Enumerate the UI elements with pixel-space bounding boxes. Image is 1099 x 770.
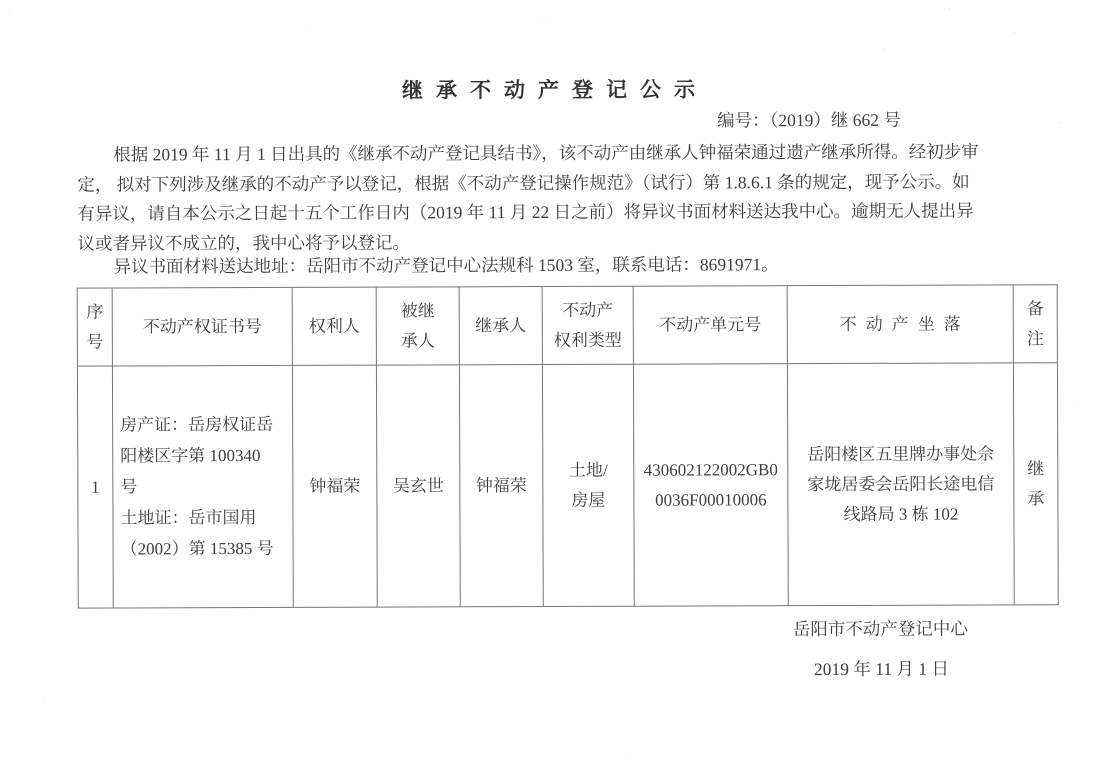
col-header-unit-no: 不动产单元号 [633,286,787,365]
document-sheet: 继承不动产登记公示 编号：（2019）继 662 号 根据 2019 年 11 … [0,0,1099,770]
delivery-address-line: 异议书面材料送达地址：岳阳市不动产登记中心法规科 1503 室，联系电话：869… [78,249,1026,281]
cell-seq: 1 [77,366,113,608]
property-registration-table: 序 号 不动产权证书号 权利人 被继 承人 继承人 不动产 权利类型 不动产单元… [77,284,1059,608]
cell-certificate-no: 房产证：岳房权证岳 阳楼区字第 100340 号 土地证：岳市国用 （2002）… [112,365,293,608]
cell-right-type: 土地/ 房屋 [542,364,634,606]
table-header-row: 序 号 不动产权证书号 权利人 被继 承人 继承人 不动产 权利类型 不动产单元… [77,285,1057,366]
cell-remark: 继 承 [1013,363,1058,605]
cell-right-holder: 钟福荣 [292,365,377,607]
document-title: 继承不动产登记公示 [0,72,1098,106]
document-number: 编号：（2019）继 662 号 [717,107,901,133]
col-header-seq: 序 号 [77,288,112,366]
issue-date: 2019 年 11 月 1 日 [814,656,949,681]
col-header-location: 不动产坐落 [787,285,1013,364]
col-header-decedent: 被继 承人 [376,287,459,365]
col-header-heir: 继承人 [459,287,542,365]
col-header-certificate-no: 不动产权证书号 [112,287,292,366]
notice-body-paragraph: 根据 2019 年 11 月 1 日出具的《继承不动产登记具结书》，该不动产由继… [77,137,1025,258]
cell-decedent: 吴玄世 [376,365,460,607]
col-header-remark: 备 注 [1013,285,1057,363]
table-row: 1 房产证：岳房权证岳 阳楼区字第 100340 号 土地证：岳市国用 （200… [77,363,1058,608]
cell-unit-no: 430602122002GB0 0036F00010006 [633,364,788,607]
col-header-right-type: 不动产 权利类型 [542,286,633,364]
cell-heir: 钟福荣 [459,365,543,607]
issuer-signature: 岳阳市不动产登记中心 [793,616,968,642]
col-header-right-holder: 权利人 [292,287,376,365]
scanned-notice-page: 继承不动产登记公示 编号：（2019）继 662 号 根据 2019 年 11 … [0,0,1099,770]
cell-location: 岳阳楼区五里牌办事处佘 家垅居委会岳阳长途电信 线路局 3 栋 102 [787,363,1014,606]
